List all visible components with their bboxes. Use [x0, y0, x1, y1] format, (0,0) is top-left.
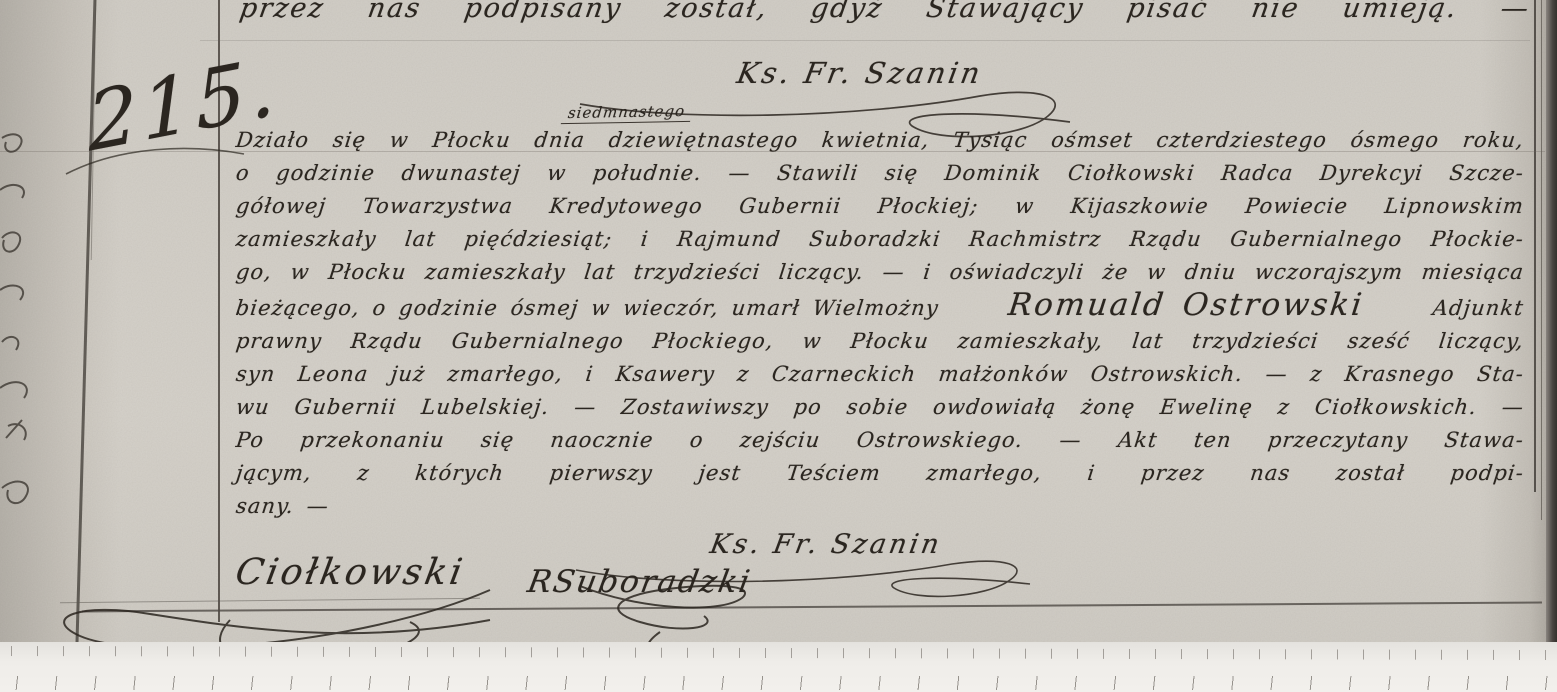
- act-line-6: bieżącego, o godzinie ósmej w wieczór, u…: [234, 289, 1526, 325]
- act-line-2: o godzinie dwunastej w południe. — Stawi…: [234, 157, 1526, 190]
- act-line-11: jącym, z których pierwszy jest Teściem z…: [234, 457, 1526, 490]
- act-text-block: Działo się w Płocku dnia dziewiętnastego…: [236, 124, 1524, 523]
- act-line-6-post: Adjunkt: [1431, 292, 1526, 325]
- interlinear-insertion: siedmnastego: [561, 102, 692, 124]
- scanned-death-record-page: { "colors": { "ink": "#2b2620", "paper":…: [0, 0, 1557, 692]
- previous-act-closing-line: przez nas podpisany został, gdyż Stawają…: [238, 0, 1533, 24]
- faint-guideline: [200, 40, 1530, 41]
- act-line-5: go, w Płocku zamieszkały lat trzydzieści…: [234, 256, 1526, 289]
- act-line-10: Po przekonaniu się naocznie o zejściu Os…: [234, 424, 1526, 457]
- bottom-horizontal-rule: [82, 602, 1542, 613]
- deckle-edge-ticks: [0, 676, 1557, 690]
- act-line-7: prawny Rządu Gubernialnego Płockiego, w …: [234, 325, 1526, 358]
- act-line-12: sany. —: [234, 490, 1526, 523]
- right-border-rule: [1534, 0, 1536, 492]
- right-border-rule-thin: [1541, 0, 1542, 520]
- marginalia-fragments: [0, 120, 70, 540]
- deceased-name: Romuald Ostrowski: [1006, 289, 1365, 322]
- page-edge-shadow: [1546, 0, 1557, 692]
- act-line-1: Działo się w Płocku dnia dziewiętnastego…: [234, 124, 1526, 157]
- act-line-3: gółowej Towarzystwa Kredytowego Gubernii…: [234, 190, 1526, 223]
- act-line-8: syn Leona już zmarłego, i Ksawery z Czar…: [234, 358, 1526, 391]
- bottom-horizontal-rule-faint: [60, 598, 480, 603]
- signature-suboradzki: RSuboradzki: [525, 564, 755, 600]
- act-line-9: wu Gubernii Lubelskiej. — Zostawiwszy po…: [234, 391, 1526, 424]
- signature-ciolkowski: Ciołkowski: [232, 552, 468, 593]
- priest-signature-closing: Ks. Fr. Szanin: [603, 529, 1048, 560]
- priest-signature-top: Ks. Fr. Szanin: [617, 56, 1103, 90]
- act-line-6-pre: bieżącego, o godzinie ósmej w wieczór, u…: [234, 292, 941, 325]
- act-line-4: zamieszkały lat pięćdziesiąt; i Rajmund …: [234, 223, 1526, 256]
